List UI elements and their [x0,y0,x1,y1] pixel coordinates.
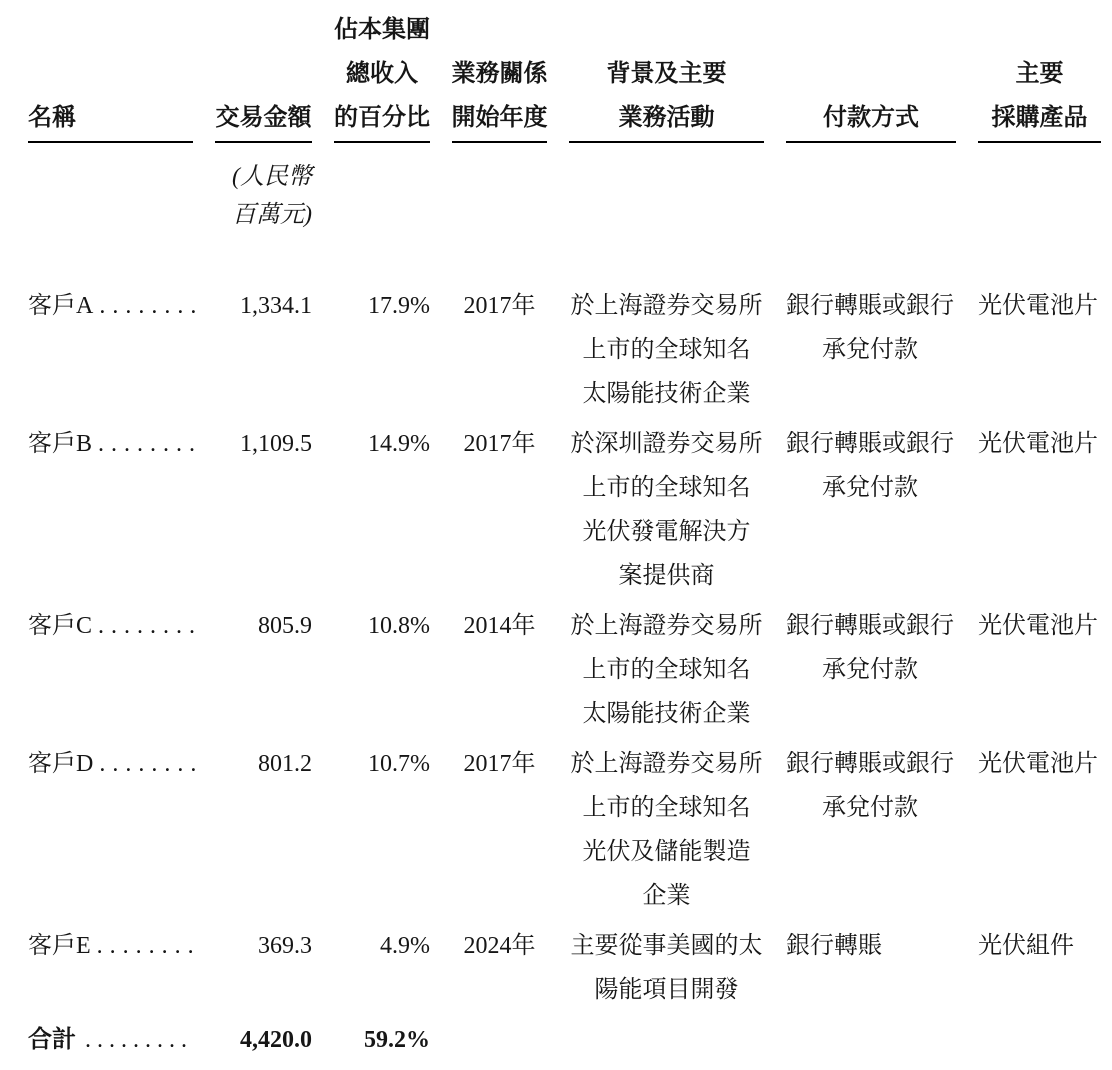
col-header-name: 名稱 [28,8,193,143]
background-activities: 於深圳證券交易所 上市的全球知名 光伏發電解決方 案提供商 [569,422,764,598]
purchased-product: 光伏電池片 [978,284,1101,416]
revenue-percent: 4.9% [334,924,430,1012]
customer-name-label: 客戶A [28,293,93,319]
major-customers-table-page: 名稱 交易金額 佔本集團 總收入 的百分比 業務關係 開始年度 背景及主要 業務… [0,0,1112,1070]
relationship-start-year: 2017年 [452,422,547,598]
col-header-percent: 佔本集團 總收入 的百分比 [334,8,430,143]
revenue-percent: 14.9% [334,422,430,598]
payment-method-text: 銀行轉賬或銀行 承兌付款 [786,422,954,510]
revenue-percent: 10.7% [334,742,430,918]
dotted-leader: ........ [97,933,201,959]
total-label: 合計 [28,1026,76,1053]
total-background-cell-empty [569,1018,764,1062]
col-header-payment: 付款方式 [786,8,956,143]
currency-unit-note: (人民幣 百萬元) [215,145,312,234]
purchased-product: 光伏電池片 [978,604,1101,736]
total-transaction-amount: 4,420.0 [215,1018,312,1062]
customer-name: 客戶B........ [28,422,193,598]
col-header-year: 業務關係 開始年度 [452,8,547,143]
customer-name-label: 客戶D [28,751,93,777]
relationship-start-year: 2017年 [452,742,547,918]
col-header-amount: 交易金額 [215,8,312,143]
payment-method-text: 銀行轉賬或銀行 承兌付款 [786,742,954,830]
purchased-product: 光伏電池片 [978,742,1101,918]
payment-method-text: 銀行轉賬或銀行 承兌付款 [786,604,954,692]
table-row-customer-d: 客戶D........ 801.2 10.7% 2017年 於上海證券交易所 上… [28,742,1106,918]
customer-name-label: 客戶C [28,613,92,639]
unit-note-row: (人民幣 百萬元) [28,145,1106,234]
relationship-start-year: 2014年 [452,604,547,736]
dotted-leader: ........ [99,293,203,319]
dotted-leader: ........ [99,751,203,777]
transaction-amount: 369.3 [215,924,312,1012]
col-header-product: 主要 採購產品 [978,8,1101,143]
total-revenue-percent: 59.2% [334,1018,430,1062]
revenue-percent: 17.9% [334,284,430,416]
payment-method: 銀行轉賬或銀行 承兌付款 [786,284,956,416]
purchased-product: 光伏組件 [978,924,1101,1012]
total-name-cell: 合計......... [28,1018,193,1062]
col-header-background: 背景及主要 業務活動 [569,8,764,143]
customer-name: 客戶D........ [28,742,193,918]
table-header-row: 名稱 交易金額 佔本集團 總收入 的百分比 業務關係 開始年度 背景及主要 業務… [28,8,1106,143]
transaction-amount: 801.2 [215,742,312,918]
transaction-amount: 1,334.1 [215,284,312,416]
payment-method: 銀行轉賬或銀行 承兌付款 [786,742,956,918]
relationship-start-year: 2024年 [452,924,547,1012]
table-row-customer-e: 客戶E........ 369.3 4.9% 2024年 主要從事美國的太 陽能… [28,924,1106,1012]
dotted-leader: ......... [85,1027,193,1053]
dotted-leader: ........ [98,613,202,639]
payment-method-text: 銀行轉賬 [786,924,882,968]
purchased-product: 光伏電池片 [978,422,1101,598]
total-product-cell-empty [978,1018,1101,1062]
revenue-percent: 10.8% [334,604,430,736]
total-year-cell-empty [452,1018,547,1062]
background-activities: 於上海證券交易所 上市的全球知名 太陽能技術企業 [569,604,764,736]
background-activities: 主要從事美國的太 陽能項目開發 [569,924,764,1012]
dotted-leader: ........ [98,431,202,457]
customer-name: 客戶A........ [28,284,193,416]
payment-method: 銀行轉賬或銀行 承兌付款 [786,604,956,736]
table-row-customer-c: 客戶C........ 805.9 10.8% 2014年 於上海證券交易所 上… [28,604,1106,736]
relationship-start-year: 2017年 [452,284,547,416]
payment-method: 銀行轉賬或銀行 承兌付款 [786,422,956,598]
table-row-customer-b: 客戶B........ 1,109.5 14.9% 2017年 於深圳證券交易所… [28,422,1106,598]
background-activities: 於上海證券交易所 上市的全球知名 光伏及儲能製造 企業 [569,742,764,918]
customer-name: 客戶C........ [28,604,193,736]
payment-method-text: 銀行轉賬或銀行 承兌付款 [786,284,954,372]
transaction-amount: 1,109.5 [215,422,312,598]
payment-method: 銀行轉賬 [786,924,956,1012]
background-activities: 於上海證券交易所 上市的全球知名 太陽能技術企業 [569,284,764,416]
customer-name: 客戶E........ [28,924,193,1012]
table-row-total: 合計......... 4,420.0 59.2% [28,1018,1106,1062]
total-payment-cell-empty [786,1018,956,1062]
customer-name-label: 客戶B [28,431,92,457]
table-row-customer-a: 客戶A........ 1,334.1 17.9% 2017年 於上海證券交易所… [28,284,1106,416]
transaction-amount: 805.9 [215,604,312,736]
customer-name-label: 客戶E [28,933,91,959]
